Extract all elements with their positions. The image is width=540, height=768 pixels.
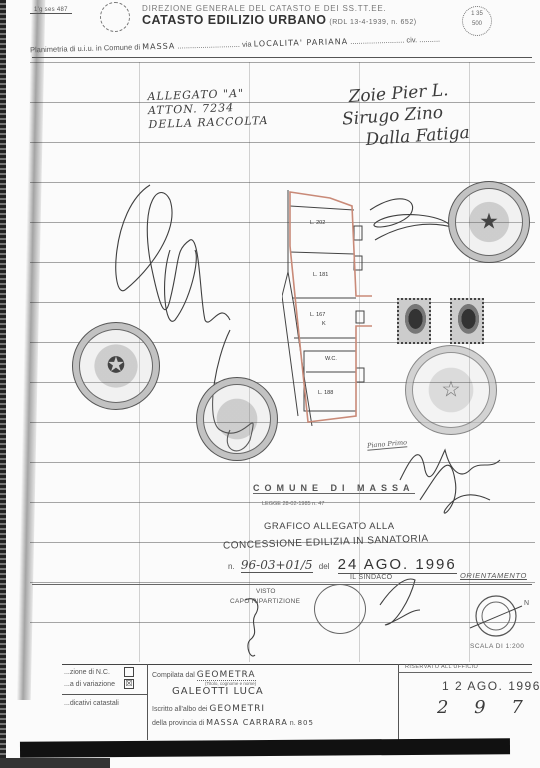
stamp-cancel-seal: ☆ [405, 345, 497, 435]
room-label: L. 181 [313, 272, 328, 278]
room-label: L. 167 [310, 312, 325, 318]
north-label: N [524, 600, 529, 607]
section-rule [32, 584, 532, 585]
municipal-seal-center [196, 377, 278, 461]
concession-number-line: n. 96-03+01/5 del 24 AGO. 1996 [228, 556, 457, 573]
concession-date: 24 AGO. 1996 [338, 556, 457, 574]
north-arrow-compass-icon [468, 590, 528, 640]
denuncia-variazione-label: ...a di variazione [64, 681, 115, 688]
sindaco-label: IL SINDACO [350, 574, 392, 581]
form-divider-2 [398, 664, 399, 740]
riservato-rule [398, 672, 532, 673]
provincia-value: MASSA CARRARA [206, 718, 288, 727]
room-label: L. 188 [318, 390, 333, 396]
postage-stamp-1 [397, 298, 431, 344]
denuncia-variazione-checkbox[interactable]: ☒ [124, 679, 134, 689]
office-reference-number: 2 9 7 . [437, 697, 540, 718]
date-label: del [319, 562, 330, 571]
office-date-stamp: 1 2 AGO. 1996 [442, 679, 540, 693]
scanned-document-page: 1'g ses 487 DIREZIONE GENERALE DEL CATAS… [0, 0, 540, 768]
visto-label: VISTO [256, 588, 275, 595]
riservato-ufficio-label: RISERVATO ALL'UFFICIO [405, 664, 478, 670]
provincia-line: della provincia di MASSA CARRARA n. 805 [152, 718, 314, 727]
municipal-seal-left: ✪ [72, 322, 160, 410]
law-reference: LEGGE 28-02-1985 n. 47 [262, 501, 324, 507]
iscritto-label: Iscritto all'albo dei [152, 706, 207, 713]
scale-label: SCALA DI 1:200 [470, 643, 524, 650]
concession-number: 96-03+01/5 [241, 558, 313, 573]
republic-seal-right: ★ [448, 181, 530, 263]
albo-number-label: n. [290, 720, 296, 727]
form-left-rule [62, 694, 147, 695]
number-label: n. [228, 562, 235, 571]
star-icon: ✪ [107, 352, 125, 378]
comune-urbanistica-seal [314, 584, 366, 634]
grafico-allegato-text: GRAFICO ALLEGATO ALLA [264, 521, 395, 532]
orientation-label: ORIENTAMENTO [460, 571, 527, 580]
scan-bottom-edge [20, 738, 510, 757]
compilata-line: Compilata dal GEOMETRA [152, 670, 256, 680]
identificativi-catastali-label: ...dicativi catastali [64, 700, 119, 707]
compilata-value: GEOMETRA [197, 670, 256, 681]
room-label: L. 202 [310, 220, 325, 226]
geometra-name: GALEOTTI LUCA [172, 686, 264, 697]
albo-number: 805 [298, 719, 314, 727]
form-divider-1 [147, 664, 148, 740]
scan-corner [0, 758, 110, 768]
room-label: W.C. [325, 356, 337, 362]
compilata-label: Compilata dal [152, 672, 195, 679]
iscritto-line: Iscritto all'albo dei GEOMETRI [152, 704, 265, 714]
provincia-label: della provincia di [152, 720, 204, 727]
comune-stamp: COMUNE DI MASSA [253, 483, 415, 494]
star-icon: ★ [479, 208, 499, 234]
denuncia-nc-label: ...zione di N.C. [64, 669, 110, 676]
star-icon: ☆ [441, 376, 461, 402]
room-sub-label: K [322, 321, 326, 327]
capo-ripartizione-label: CAPO RIPARTIZIONE [230, 598, 300, 605]
postage-stamp-2 [450, 298, 484, 344]
denuncia-nc-checkbox[interactable] [124, 667, 134, 677]
iscritto-value: GEOMETRI [209, 704, 265, 714]
